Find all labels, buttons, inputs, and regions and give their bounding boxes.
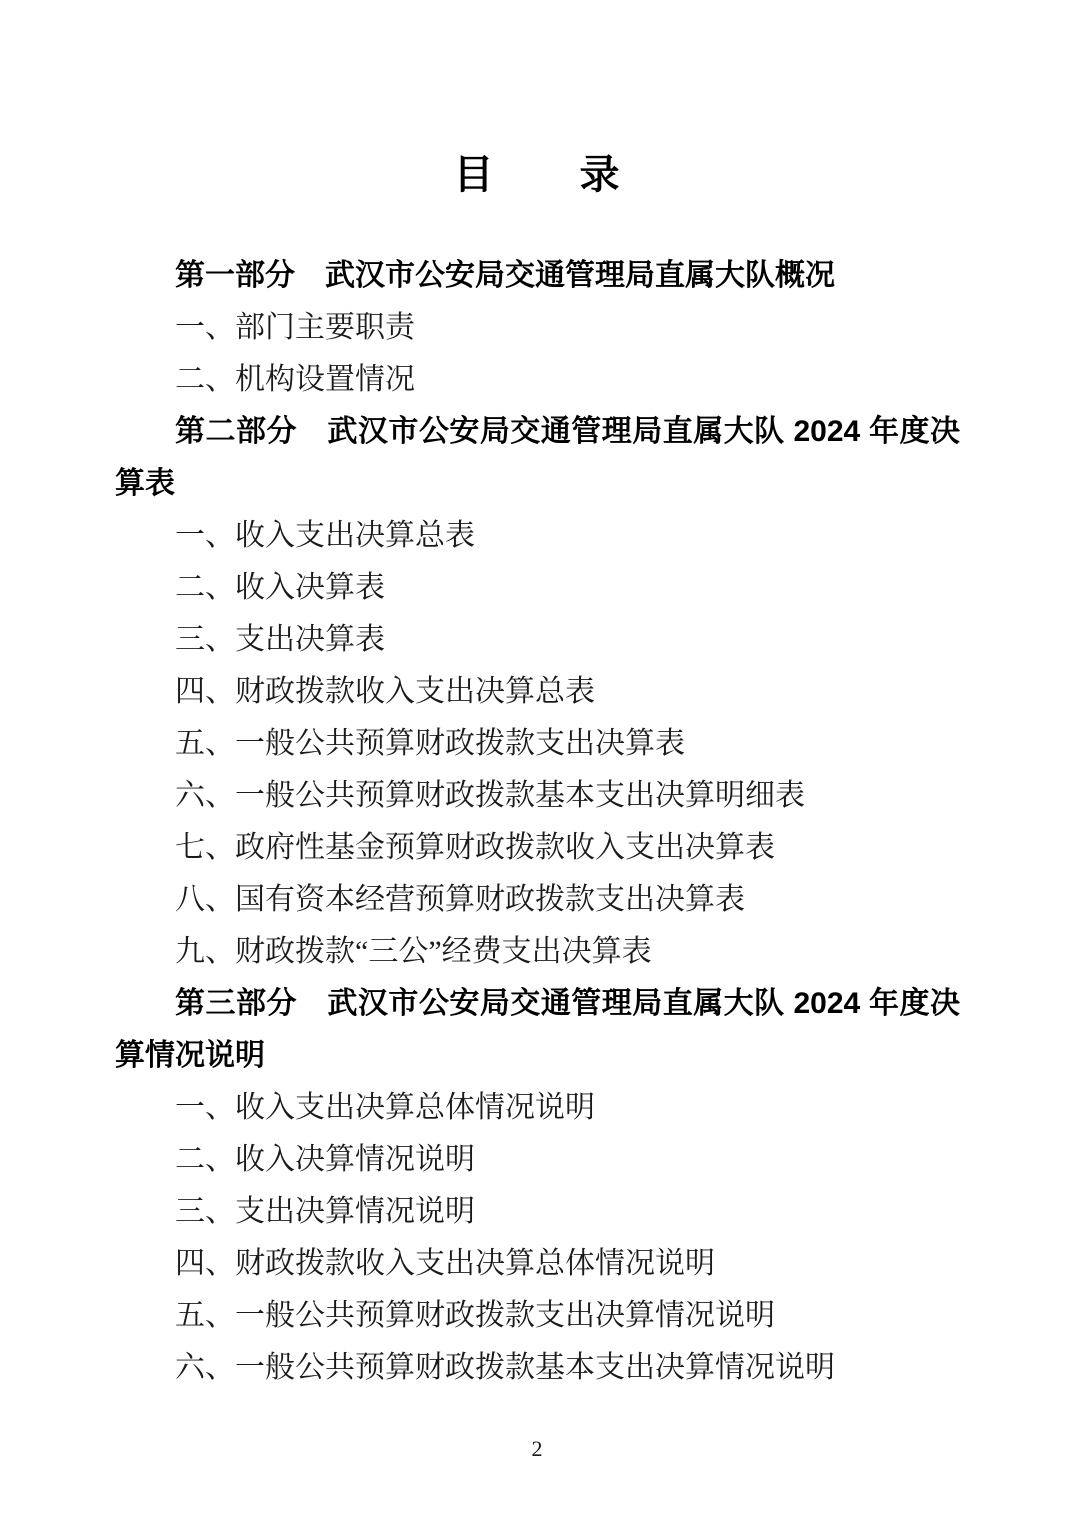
toc-item: 三、支出决算表 — [115, 614, 960, 666]
toc-item: 六、一般公共预算财政拨款基本支出决算情况说明 — [115, 1342, 960, 1394]
toc-item: 二、收入决算情况说明 — [115, 1134, 960, 1186]
section-2-heading: 第二部分 武汉市公安局交通管理局直属大队 2024 年度决算表 — [115, 406, 960, 510]
toc-item: 五、一般公共预算财政拨款支出决算情况说明 — [115, 1290, 960, 1342]
toc-item: 四、财政拨款收入支出决算总体情况说明 — [115, 1238, 960, 1290]
toc-item: 六、一般公共预算财政拨款基本支出决算明细表 — [115, 770, 960, 822]
section-3-heading: 第三部分 武汉市公安局交通管理局直属大队 2024 年度决算情况说明 — [115, 978, 960, 1082]
toc-item: 一、部门主要职责 — [115, 302, 960, 354]
section-1-heading: 第一部分 武汉市公安局交通管理局直属大队概况 — [115, 250, 960, 302]
toc-item: 四、财政拨款收入支出决算总表 — [115, 666, 960, 718]
toc-item: 七、政府性基金预算财政拨款收入支出决算表 — [115, 822, 960, 874]
toc-item: 二、收入决算表 — [115, 562, 960, 614]
toc-item: 八、国有资本经营预算财政拨款支出决算表 — [115, 874, 960, 926]
toc-content: 目 录 第一部分 武汉市公安局交通管理局直属大队概况 一、部门主要职责 二、机构… — [115, 150, 960, 1394]
toc-item: 二、机构设置情况 — [115, 354, 960, 406]
page-number: 2 — [0, 1436, 1074, 1462]
toc-item: 一、收入支出决算总体情况说明 — [115, 1082, 960, 1134]
toc-item: 九、财政拨款“三公”经费支出决算表 — [115, 926, 960, 978]
toc-item: 五、一般公共预算财政拨款支出决算表 — [115, 718, 960, 770]
toc-item: 一、收入支出决算总表 — [115, 510, 960, 562]
document-page: 目 录 第一部分 武汉市公安局交通管理局直属大队概况 一、部门主要职责 二、机构… — [0, 0, 1074, 1520]
toc-item: 三、支出决算情况说明 — [115, 1186, 960, 1238]
page-title: 目 录 — [115, 150, 960, 200]
